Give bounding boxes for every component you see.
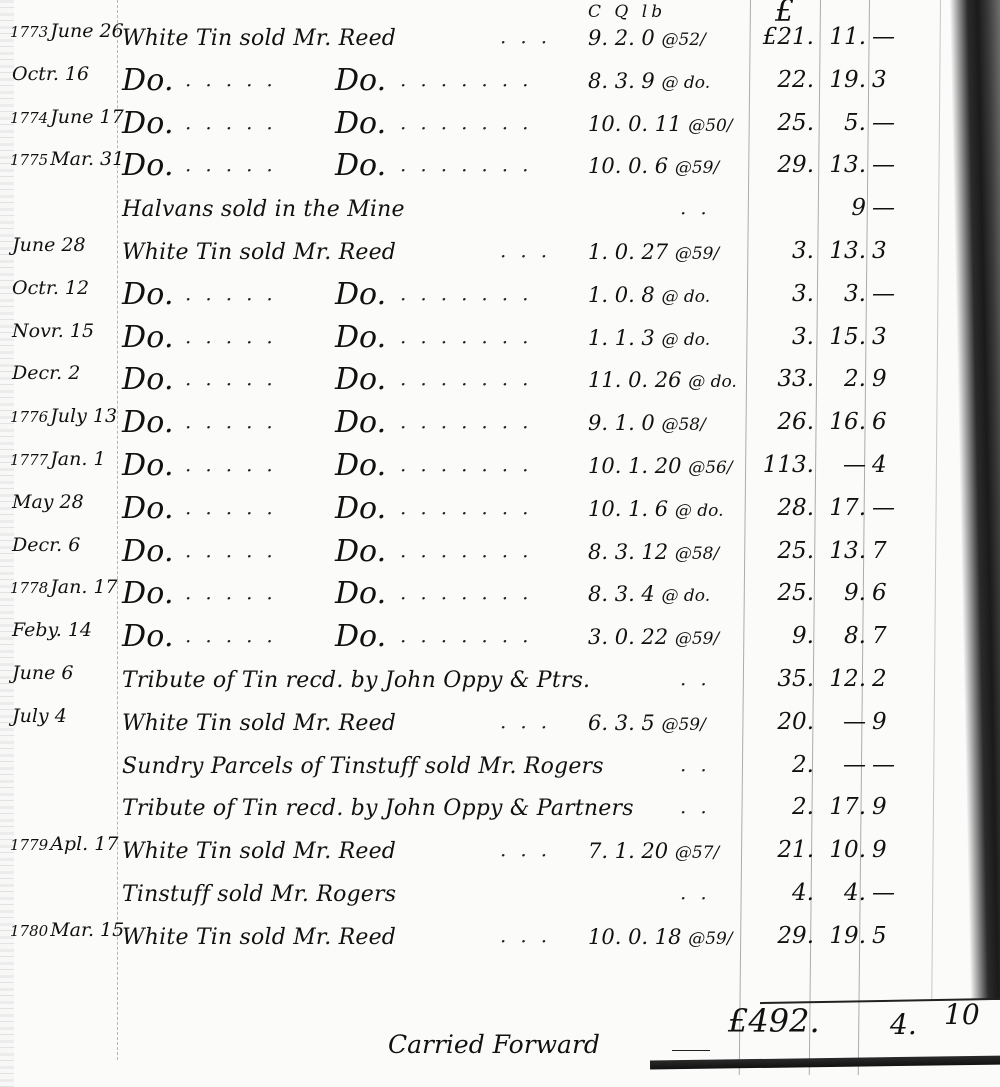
entry-day: Decr. 2 [12,362,80,384]
dot-leader: ··· [500,929,561,953]
entry-date: 1774June 17 [10,106,120,128]
ditto-mark: Do. [335,534,386,569]
entry-pounds: 35. [752,666,814,692]
dot-leader: ··· [500,715,561,739]
price-rate: @58/ [661,415,705,435]
entry-day: June 17 [50,106,124,128]
entry-weight: 10. 1. 20 @56/ [588,454,733,478]
entry-pence: 5 [872,923,912,949]
entry-weight: 8. 3. 9 @ do. [588,69,710,93]
dot-leader: ······· [400,415,543,439]
ditto-mark: Do. [335,619,386,654]
entry-shillings: 13. [822,238,866,264]
entry-shillings: 17. [822,794,866,820]
entry-weight: 1. 1. 3 @ do. [588,326,710,350]
entry-description: Tinstuff sold Mr. Rogers [122,882,396,907]
ditto-mark: Do. [335,576,386,611]
dot-leader: ·· [680,758,721,782]
entry-pence: — [872,152,912,178]
total-shillings: 4. [890,1008,917,1041]
ledger-row: 1777Jan. 1Do.Do.············10. 1. 20 @5… [0,448,1000,488]
dot-leader: ······· [400,330,543,354]
ledger-row: 1773June 26White Tin sold Mr. Reed···9. … [0,20,1000,60]
entry-pence: — [872,880,912,906]
entry-date: 1775Mar. 31 [10,148,120,170]
dot-leader: ····· [185,501,287,525]
entry-description: White Tin sold Mr. Reed [122,711,396,736]
dot-leader: ····· [185,330,287,354]
dot-leader: ····· [185,586,287,610]
ditto-mark: Do. [122,106,174,141]
weight-value: 8. 3. 9 [588,69,655,93]
entry-description: Tribute of Tin recd. by John Oppy & Ptrs… [122,668,590,693]
entry-pence: 7 [872,623,912,649]
entry-date [10,191,120,213]
ledger-row: Decr. 2Do.Do.············11. 0. 26 @ do.… [0,362,1000,402]
entry-year: 1777 [10,451,48,469]
entry-day: Jan. 1 [50,448,105,470]
weight-value: 11. 0. 26 [588,368,682,392]
price-rate: @59/ [675,629,719,649]
dot-leader: ····· [185,415,287,439]
entry-pounds: 22. [752,67,814,93]
ledger-row: Feby. 14Do.Do.············3. 0. 22 @59/9… [0,619,1000,659]
ledger-row: May 28Do.Do.············10. 1. 6 @ do.28… [0,491,1000,531]
entry-date: Decr. 6 [10,534,120,556]
dot-leader: ····· [185,629,287,653]
dot-leader: ······· [400,287,543,311]
entry-shillings: 13. [822,538,866,564]
price-rate: @58/ [675,544,719,564]
entry-pounds: 113. [752,452,814,478]
dot-leader: ······· [400,116,543,140]
entry-shillings: 9. [822,580,866,606]
entry-date: July 4 [10,705,120,727]
weight-value: 1. 0. 8 [588,283,655,307]
entry-date: Decr. 2 [10,362,120,384]
ditto-mark: Do. [335,63,386,98]
entry-pounds: 25. [752,580,814,606]
entry-pounds: 2. [752,794,814,820]
dot-leader: ······· [400,158,543,182]
entry-shillings: 17. [822,495,866,521]
ditto-mark: Do. [122,491,174,526]
carried-forward-dash [672,1050,710,1051]
entry-pounds: 9. [752,623,814,649]
entry-day: Octr. 12 [12,277,89,299]
weight-value: 9. 1. 0 [588,411,655,435]
price-rate: @ do. [661,330,710,350]
entry-shillings: — [822,452,866,478]
ledger-row: Decr. 6Do.Do.············8. 3. 12 @58/25… [0,534,1000,574]
dot-leader: ····· [185,116,287,140]
entry-pounds: 29. [752,152,814,178]
entry-weight: 9. 1. 0 @58/ [588,411,706,435]
entry-pounds: 3. [752,238,814,264]
weight-value: 10. 0. 11 [588,112,682,136]
page-bottom-edge [650,1055,1000,1069]
entry-pence: — [872,110,912,136]
entry-year: 1780 [10,922,48,940]
entry-date: Novr. 15 [10,320,120,342]
ledger-page: C Q lb £ 1773June 26White Tin sold Mr. R… [0,0,1000,1087]
entry-date: Feby. 14 [10,619,120,641]
entry-pounds: 20. [752,709,814,735]
entry-year: 1774 [10,109,48,127]
weight-value: 8. 3. 4 [588,582,655,606]
entry-day: Jan. 17 [50,576,117,598]
entry-pence: 7 [872,538,912,564]
entry-pence: 3 [872,238,912,264]
ditto-mark: Do. [335,405,386,440]
entry-year: 1775 [10,151,48,169]
ledger-row: Octr. 16Do.Do.············8. 3. 9 @ do.2… [0,63,1000,103]
entry-year: 1778 [10,579,48,597]
entry-date: 1773June 26 [10,20,120,42]
ledger-row: Sundry Parcels of Tinstuff sold Mr. Roge… [0,748,1000,788]
dot-leader: ·· [680,201,721,225]
entry-pounds: 3. [752,324,814,350]
entry-pounds: 25. [752,538,814,564]
entry-pounds: £21. [752,24,814,50]
weight-value: 10. 1. 20 [588,454,682,478]
weight-value: 3. 0. 22 [588,625,668,649]
entry-day: Octr. 16 [12,63,89,85]
entry-description: Sundry Parcels of Tinstuff sold Mr. Roge… [122,754,604,779]
entry-shillings: 2. [822,366,866,392]
entry-date [10,876,120,898]
weight-value: 1. 1. 3 [588,326,655,350]
entry-pence: — [872,495,912,521]
entry-day: Decr. 6 [12,534,80,556]
entry-year: 1773 [10,23,48,41]
ditto-mark: Do. [335,491,386,526]
entry-pence: — [872,195,912,221]
entry-date [10,748,120,770]
entry-weight: 8. 3. 12 @58/ [588,540,719,564]
entry-pence: 9 [872,837,912,863]
price-rate: @59/ [675,158,719,178]
entry-pence: — [872,24,912,50]
entry-shillings: 5. [822,110,866,136]
dot-leader: ····· [185,458,287,482]
weight-value: 10. 0. 6 [588,154,668,178]
entry-day: May 28 [12,491,84,513]
ditto-mark: Do. [335,362,386,397]
weight-value: 1. 0. 27 [588,240,668,264]
entry-description: White Tin sold Mr. Reed [122,240,396,265]
entry-shillings: — [822,752,866,778]
entry-pence: 9 [872,366,912,392]
ledger-row: Tribute of Tin recd. by John Oppy & Part… [0,790,1000,830]
ditto-mark: Do. [122,63,174,98]
ditto-mark: Do. [122,405,174,440]
weight-value: 6. 3. 5 [588,711,655,735]
entry-description: Tribute of Tin recd. by John Oppy & Part… [122,796,634,821]
dot-leader: ·· [680,672,721,696]
entry-pence: 3 [872,67,912,93]
dot-leader: ······· [400,458,543,482]
ledger-row: June 6Tribute of Tin recd. by John Oppy … [0,662,1000,702]
ditto-mark: Do. [335,106,386,141]
entry-pounds: 4. [752,880,814,906]
entry-pence: 6 [872,580,912,606]
ledger-row: 1778Jan. 17Do.Do.············8. 3. 4 @ d… [0,576,1000,616]
entry-shillings: 12. [822,666,866,692]
entry-weight: 9. 2. 0 @52/ [588,26,706,50]
ditto-mark: Do. [122,576,174,611]
entry-pounds: 29. [752,923,814,949]
ledger-row: 1779Apl. 17White Tin sold Mr. Reed···7. … [0,833,1000,873]
dot-leader: ····· [185,158,287,182]
entry-weight: 1. 0. 27 @59/ [588,240,719,264]
price-rate: @57/ [675,843,719,863]
entry-weight: 8. 3. 4 @ do. [588,582,710,606]
entry-shillings: 16. [822,409,866,435]
entry-weight: 10. 0. 18 @59/ [588,925,733,949]
entry-pounds: 3. [752,281,814,307]
ditto-mark: Do. [122,148,174,183]
entry-weight: 10. 0. 6 @59/ [588,154,719,178]
total-pence: 10 [944,998,980,1031]
entry-date: May 28 [10,491,120,513]
total-pounds: £492. [728,1002,820,1040]
entry-date [10,790,120,812]
entry-day: June 26 [50,20,124,42]
ditto-mark: Do. [122,448,174,483]
entry-shillings: 13. [822,152,866,178]
dot-leader: ····· [185,287,287,311]
entry-date: 1776July 13 [10,405,120,427]
entry-day: July 4 [12,705,67,727]
ledger-row: June 28White Tin sold Mr. Reed···1. 0. 2… [0,234,1000,274]
entry-date: June 6 [10,662,120,684]
ditto-mark: Do. [335,320,386,355]
entry-date: Octr. 12 [10,277,120,299]
dot-leader: ····· [185,372,287,396]
ditto-mark: Do. [122,277,174,312]
price-rate: @ do. [661,287,710,307]
entry-description: White Tin sold Mr. Reed [122,839,396,864]
dot-leader: ····· [185,544,287,568]
entry-shillings: 19. [822,923,866,949]
weight-value: 7. 1. 20 [588,839,668,863]
dot-leader: ······· [400,586,543,610]
price-rate: @52/ [661,30,705,50]
price-rate: @ do. [661,73,710,93]
entry-pounds: 28. [752,495,814,521]
dot-leader: ·· [680,886,721,910]
entry-day: Mar. 31 [50,148,124,170]
ledger-row: 1780Mar. 15White Tin sold Mr. Reed···10.… [0,919,1000,959]
entry-date: 1780Mar. 15 [10,919,120,941]
ditto-mark: Do. [122,534,174,569]
entry-shillings: 8. [822,623,866,649]
entry-pence: — [872,281,912,307]
price-rate: @59/ [661,715,705,735]
entry-pounds: 26. [752,409,814,435]
entry-day: June 6 [12,662,73,684]
price-rate: @59/ [675,244,719,264]
price-rate: @56/ [688,458,732,478]
dot-leader: ····· [185,73,287,97]
dot-leader: ··· [500,244,561,268]
entry-pence: 9 [872,794,912,820]
entry-pounds: 2. [752,752,814,778]
entry-weight: 7. 1. 20 @57/ [588,839,719,863]
ditto-mark: Do. [122,320,174,355]
price-rate: @ do. [675,501,724,521]
dot-leader: ··· [500,30,561,54]
dot-leader: ·· [680,800,721,824]
ditto-mark: Do. [122,362,174,397]
entry-pence: 4 [872,452,912,478]
entry-day: Novr. 15 [12,320,94,342]
entry-year: 1776 [10,408,48,426]
ledger-row: Novr. 15Do.Do.············1. 1. 3 @ do.3… [0,320,1000,360]
dot-leader: ······· [400,372,543,396]
entry-date: 1779Apl. 17 [10,833,120,855]
entry-description: Halvans sold in the Mine [122,197,405,222]
entry-day: Feby. 14 [12,619,92,641]
entry-shillings: — [822,709,866,735]
entry-day: June 28 [12,234,86,256]
weight-value: 9. 2. 0 [588,26,655,50]
entry-pence: 3 [872,324,912,350]
ditto-mark: Do. [335,448,386,483]
entry-day: July 13 [50,405,117,427]
ditto-mark: Do. [335,148,386,183]
entry-shillings: 19. [822,67,866,93]
weight-units-header: C Q lb [588,2,666,22]
entry-pence: 9 [872,709,912,735]
entry-shillings: 9 [822,195,866,221]
ledger-row: Halvans sold in the Mine··9— [0,191,1000,231]
entry-pence: — [872,752,912,778]
ditto-mark: Do. [335,277,386,312]
entry-date: 1778Jan. 17 [10,576,120,598]
entry-shillings: 15. [822,324,866,350]
price-rate: @ do. [661,586,710,606]
entry-description: White Tin sold Mr. Reed [122,26,396,51]
entry-weight: 6. 3. 5 @59/ [588,711,706,735]
entry-shillings: 3. [822,281,866,307]
price-rate: @59/ [688,929,732,949]
dot-leader: ······· [400,629,543,653]
entry-pence: 6 [872,409,912,435]
entry-weight: 3. 0. 22 @59/ [588,625,719,649]
entry-pounds: 21. [752,837,814,863]
entry-weight: 11. 0. 26 @ do. [588,368,737,392]
weight-value: 10. 1. 6 [588,497,668,521]
ledger-row: July 4White Tin sold Mr. Reed···6. 3. 5 … [0,705,1000,745]
entry-shillings: 4. [822,880,866,906]
carried-forward-label: Carried Forward [388,1030,600,1059]
entry-shillings: 11. [822,24,866,50]
dot-leader: ······· [400,544,543,568]
dot-leader: ······· [400,501,543,525]
entry-date: Octr. 16 [10,63,120,85]
entry-weight: 1. 0. 8 @ do. [588,283,710,307]
entry-shillings: 10. [822,837,866,863]
entry-description: White Tin sold Mr. Reed [122,925,396,950]
ditto-mark: Do. [122,619,174,654]
entry-year: 1779 [10,836,48,854]
ledger-row: Octr. 12Do.Do.············1. 0. 8 @ do.3… [0,277,1000,317]
entry-weight: 10. 1. 6 @ do. [588,497,723,521]
ledger-row: Tinstuff sold Mr. Rogers··4.4.— [0,876,1000,916]
weight-value: 8. 3. 12 [588,540,668,564]
weight-value: 10. 0. 18 [588,925,682,949]
ledger-row: 1774June 17Do.Do.············10. 0. 11 @… [0,106,1000,146]
entry-date: 1777Jan. 1 [10,448,120,470]
entry-day: Mar. 15 [50,919,124,941]
ledger-row: 1775Mar. 31Do.Do.············10. 0. 6 @5… [0,148,1000,188]
ledger-row: 1776July 13Do.Do.············9. 1. 0 @58… [0,405,1000,445]
entry-day: Apl. 17 [50,833,118,855]
price-rate: @ do. [688,372,737,392]
entry-pounds: 33. [752,366,814,392]
price-rate: @50/ [688,116,732,136]
entry-pounds: 25. [752,110,814,136]
entry-pence: 2 [872,666,912,692]
entry-date: June 28 [10,234,120,256]
dot-leader: ··· [500,843,561,867]
dot-leader: ······· [400,73,543,97]
entry-weight: 10. 0. 11 @50/ [588,112,733,136]
